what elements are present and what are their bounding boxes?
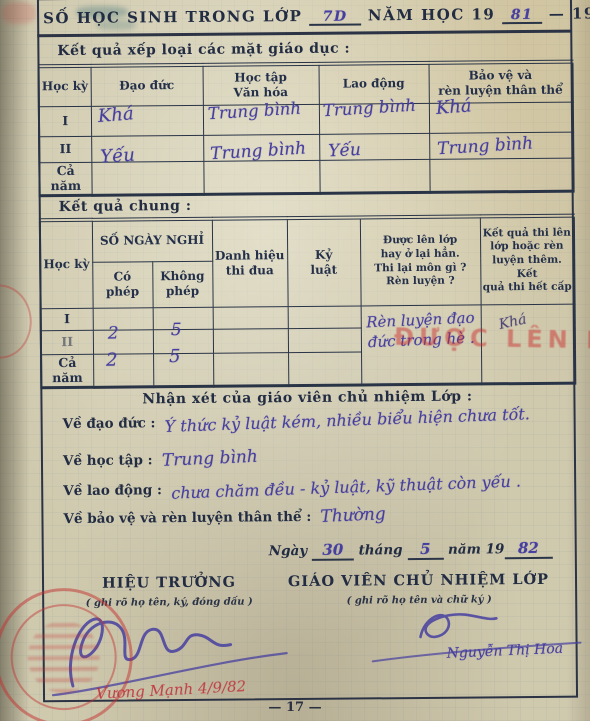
days-off-year-permitted: 2 [106, 352, 118, 370]
section2-heading: Kết quả chung : [59, 198, 192, 215]
year1-blank: 81 [502, 7, 542, 24]
section1-heading: Kết quả xếp loại các mặt giáo dục : [57, 41, 350, 60]
days-off-s2-permitted: 2 [108, 326, 119, 343]
date-label-day: Ngày [269, 543, 308, 559]
col-header-duoc-len-lop: Được lên lớp hay ở lại hẳn. Thi lại môn … [360, 216, 481, 305]
days-off-s2-unpermitted: 5 [171, 322, 182, 339]
table-cell [93, 307, 153, 330]
col-header-co-phep: Có phép [92, 261, 152, 308]
table-cell [203, 160, 319, 194]
table-cell [213, 328, 288, 353]
year1-handwritten: 81 [511, 7, 534, 23]
date-label-year: năm 19 [448, 541, 504, 557]
days-off-year-unpermitted: 5 [169, 348, 181, 366]
principal-title: HIỆU TRƯỞNG [79, 573, 259, 592]
table-cell [429, 158, 573, 193]
date-label-month: tháng [358, 542, 402, 558]
title-text: SỐ HỌC SINH TRONG LỚP [43, 7, 302, 27]
col-header-hoc-ky: Học kỳ [39, 66, 91, 106]
col-header-dao-duc: Đạo đức [91, 65, 203, 106]
table-cell [288, 305, 361, 328]
partial-stamp-mark [0, 284, 32, 359]
col-header-danh-hieu: Danh hiệu thi đua [212, 218, 288, 307]
col-header-ket-qua: Kết quả thi lên lớp hoặc rèn luyện thêm.… [480, 216, 575, 305]
table-cell [213, 306, 288, 329]
teacher-title: GIÁO VIÊN CHỦ NHIỆM LỚP [276, 571, 561, 590]
comment-label: Về học tập : [63, 452, 153, 469]
table-cell [153, 307, 213, 330]
grade-s1-dao-duc: Khá [97, 105, 134, 126]
comment-label: Về lao động : [63, 482, 162, 499]
grade-s2-lao-dong: Yếu [328, 142, 361, 160]
grade-s2-dao-duc: Yếu [100, 147, 136, 167]
comment-label: Về đạo đức : [63, 415, 156, 432]
table-cell [153, 353, 213, 387]
day-blank: 30 [312, 543, 354, 561]
grade-s1-bao-ve: Khá [435, 97, 472, 118]
col-header-hoc-tap: Học tập Văn hóa [203, 64, 319, 105]
month-handwritten: 5 [420, 540, 431, 558]
overall-results-table: Học kỳ SỐ NGÀY NGHỈ Danh hiệu thi đua Kỷ… [39, 214, 576, 389]
col-header-ky-luat: Kỷ luật [287, 217, 361, 306]
class-blank: 7D [309, 8, 361, 25]
year-blank: 82 [504, 541, 552, 559]
table-cell [213, 352, 288, 386]
year-handwritten: 82 [518, 539, 539, 557]
row-label-semester1: I [41, 308, 93, 330]
title-separator: — 19 [549, 4, 590, 22]
class-handwritten: 7D [323, 9, 348, 25]
table-cell [93, 353, 153, 387]
table-cell [319, 159, 429, 193]
title-year-label: NĂM HỌC 19 [368, 5, 496, 24]
month-blank: 5 [407, 542, 443, 560]
comment-value-handwritten: Thường [320, 506, 386, 526]
promotion-stamp: ĐƯỢC LÊN LỚP [394, 323, 590, 356]
comment-label: Về bảo vệ và rèn luyện thân thể : [63, 509, 311, 527]
comment-physical: Về bảo vệ và rèn luyện thân thể : Thường [63, 507, 385, 527]
table-cell [288, 351, 361, 385]
col-header-khong-phep: Không phép [152, 261, 212, 308]
page-number: — 17 — [225, 700, 365, 715]
table-cell [153, 329, 213, 354]
row-label-ca-nam: Cả năm [39, 162, 91, 196]
comment-value-handwritten: Trung bình [161, 449, 258, 470]
row-label-semester2: II [39, 136, 91, 162]
row-label-ca-nam: Cả năm [41, 354, 93, 388]
classification-table: Học kỳ Đạo đức Học tập Văn hóa Lao động … [38, 60, 575, 197]
day-handwritten: 30 [322, 541, 343, 559]
report-card-page: SỐ HỌC SINH TRONG LỚP 7D NĂM HỌC 19 81 —… [0, 0, 590, 721]
table-cell [288, 327, 361, 352]
row-label-semester2: II [41, 330, 93, 354]
teacher-signature [392, 598, 588, 675]
col-header-hoc-ky: Học kỳ [40, 220, 93, 308]
table-cell [93, 329, 153, 354]
date-line: Ngày 30 tháng 5 năm 1982 [269, 541, 553, 561]
comment-study: Về học tập : Trung bình [63, 450, 258, 469]
col-header-so-ngay-nghi: SỐ NGÀY NGHỈ [92, 219, 212, 262]
row-label-semester1: I [39, 106, 91, 136]
